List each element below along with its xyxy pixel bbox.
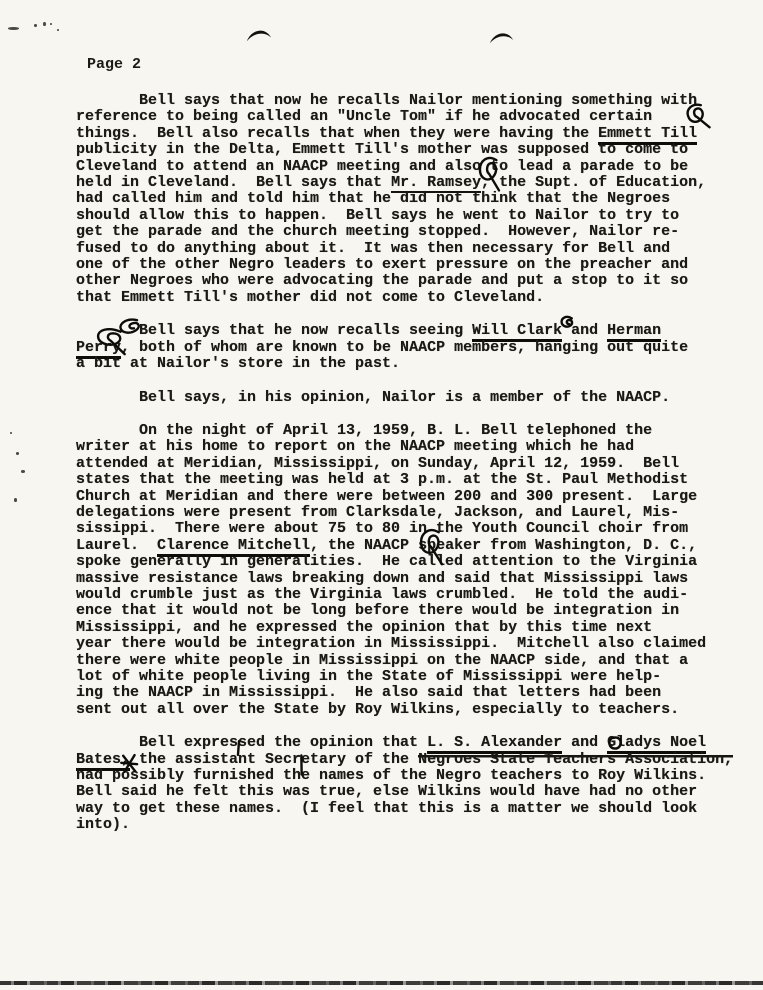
text-run: , both of whom are known to be NAACP mem… — [76, 339, 688, 372]
paragraph: On the night of April 13, 1959, B. L. Be… — [76, 423, 763, 718]
scan-bottom-edge-artifact — [0, 981, 763, 985]
text-run: had possibly furnished the names of the … — [76, 767, 706, 833]
scan-speck — [43, 22, 46, 26]
document-body: Bell says that now he recalls Nailor men… — [76, 93, 763, 851]
scan-speck — [50, 23, 52, 25]
text-run: Bell says that he now recalls seeing — [76, 322, 472, 339]
scan-speck — [16, 452, 19, 455]
text-run: On the night of April 13, 1959, B. L. Be… — [76, 422, 697, 554]
text-run: Bell says, in his opinion, Nailor is a m… — [76, 389, 670, 406]
text-run: the assistant Secretary of the — [130, 751, 418, 768]
scan-arc-mark — [489, 30, 514, 45]
paragraph: Bell says that he now recalls seeing Wil… — [76, 323, 763, 372]
scan-speck — [8, 27, 19, 30]
scan-speck — [34, 24, 37, 27]
page-number-label: Page 2 — [87, 56, 141, 73]
scan-speck — [57, 29, 59, 31]
text-run: , the Supt. of Education, had called him… — [76, 174, 706, 306]
text-run: Bell expressed the opinion that — [76, 734, 427, 751]
scanned-document-page: Page 2 Bell says that now he recalls Nai… — [0, 0, 763, 990]
emphasized-name-text: Negroes State Teachers Association, — [418, 751, 733, 768]
paragraph: Bell says, in his opinion, Nailor is a m… — [76, 390, 763, 406]
paragraph: Bell expressed the opinion that L. S. Al… — [76, 735, 763, 833]
paragraph: Bell says that now he recalls Nailor men… — [76, 93, 763, 306]
text-run: , the NAACP speaker from Washington, D. … — [76, 537, 706, 718]
text-run: and — [562, 734, 607, 751]
scan-speck — [10, 432, 12, 434]
scan-speck — [21, 470, 25, 473]
scan-speck — [14, 498, 17, 502]
scan-arc-mark — [246, 27, 272, 43]
text-run: and — [562, 322, 607, 339]
